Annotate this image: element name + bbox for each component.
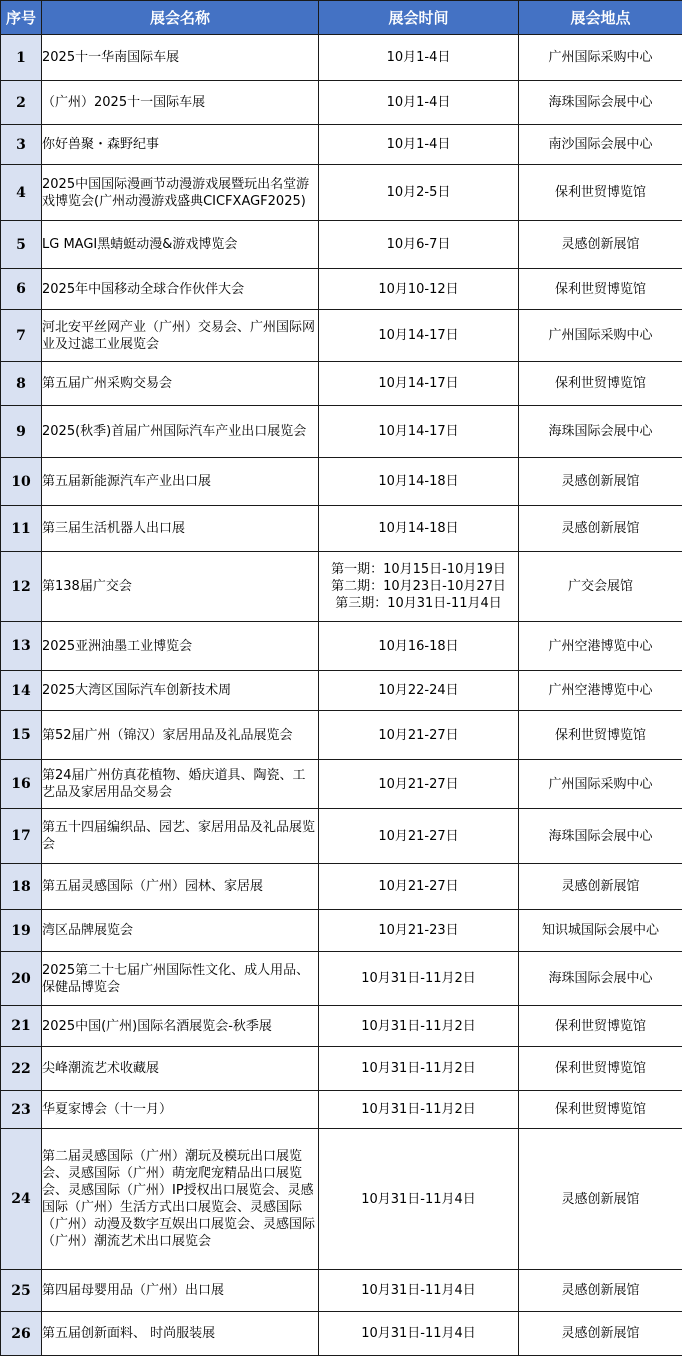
exhibition-name: 你好兽聚・森野纪事 (42, 125, 319, 165)
exhibition-date: 10月21-27日 (319, 760, 519, 809)
exhibition-venue: 海珠国际会展中心 (519, 809, 682, 864)
date-line: 10月6-7日 (319, 236, 518, 253)
date-line: 10月21-27日 (319, 776, 518, 793)
date-line: 第三期：10月31日-11月4日 (319, 595, 518, 612)
date-line: 10月14-17日 (319, 423, 518, 440)
date-line: 10月21-27日 (319, 878, 518, 895)
table-header-row: 序号 展会名称 展会时间 展会地点 (1, 1, 682, 35)
exhibition-venue: 保利世贸博览馆 (519, 1047, 682, 1091)
row-index: 18 (1, 864, 42, 910)
exhibition-date: 10月21-27日 (319, 711, 519, 760)
exhibition-venue: 广州空港博览中心 (519, 622, 682, 671)
exhibition-date: 10月22-24日 (319, 671, 519, 711)
date-line: 10月31日-11月4日 (319, 1282, 518, 1299)
exhibition-name: 第二届灵感国际（广州）潮玩及模玩出口展览会、灵感国际（广州）萌宠爬宠精品出口展览… (42, 1129, 319, 1270)
exhibition-date: 10月16-18日 (319, 622, 519, 671)
date-line: 10月14-17日 (319, 375, 518, 392)
date-line: 10月31日-11月4日 (319, 1191, 518, 1208)
table-row: 62025年中国移动全球合作伙伴大会10月10-12日保利世贸博览馆 (1, 269, 682, 310)
exhibition-venue: 灵感创新展馆 (519, 1312, 682, 1356)
exhibition-venue: 保利世贸博览馆 (519, 165, 682, 221)
row-index: 26 (1, 1312, 42, 1356)
exhibition-venue: 广州国际采购中心 (519, 760, 682, 809)
exhibition-name: 尖峰潮流艺术收藏展 (42, 1047, 319, 1091)
exhibition-venue: 海珠国际会展中心 (519, 406, 682, 458)
header-index: 序号 (1, 1, 42, 35)
exhibition-venue: 广州国际采购中心 (519, 35, 682, 81)
row-index: 19 (1, 910, 42, 952)
exhibition-venue: 保利世贸博览馆 (519, 1006, 682, 1047)
exhibition-date: 10月2-5日 (319, 165, 519, 221)
row-index: 24 (1, 1129, 42, 1270)
table-row: 3你好兽聚・森野纪事10月1-4日南沙国际会展中心 (1, 125, 682, 165)
exhibition-name: 2025(秋季)首届广州国际汽车产业出口展览会 (42, 406, 319, 458)
row-index: 16 (1, 760, 42, 809)
date-line: 第一期：10月15日-10月19日 (319, 561, 518, 578)
table-row: 11第三届生活机器人出口展10月14-18日灵感创新展馆 (1, 506, 682, 552)
exhibition-name: 2025亚洲油墨工业博览会 (42, 622, 319, 671)
exhibition-name: 第五届广州采购交易会 (42, 362, 319, 406)
exhibition-venue: 灵感创新展馆 (519, 1270, 682, 1312)
exhibition-venue: 灵感创新展馆 (519, 506, 682, 552)
exhibition-date: 10月1-4日 (319, 81, 519, 125)
date-line: 10月31日-11月2日 (319, 1101, 518, 1118)
row-index: 6 (1, 269, 42, 310)
date-line: 10月31日-11月2日 (319, 1060, 518, 1077)
exhibition-venue: 灵感创新展馆 (519, 221, 682, 269)
date-line: 10月1-4日 (319, 49, 518, 66)
exhibition-name: 第五届新能源汽车产业出口展 (42, 458, 319, 506)
table-row: 19湾区品牌展览会10月21-23日知识城国际会展中心 (1, 910, 682, 952)
exhibition-name: （广州）2025十一国际车展 (42, 81, 319, 125)
row-index: 25 (1, 1270, 42, 1312)
exhibition-venue: 灵感创新展馆 (519, 1129, 682, 1270)
table-row: 7河北安平丝网产业（广州）交易会、广州国际网业及过滤工业展览会10月14-17日… (1, 310, 682, 362)
exhibition-name: 第52届广州（锦汉）家居用品及礼品展览会 (42, 711, 319, 760)
exhibition-name: 第三届生活机器人出口展 (42, 506, 319, 552)
exhibition-venue: 知识城国际会展中心 (519, 910, 682, 952)
table-row: 16第24届广州仿真花植物、婚庆道具、陶瓷、工艺品及家居用品交易会10月21-2… (1, 760, 682, 809)
date-line: 10月31日-11月4日 (319, 1325, 518, 1342)
date-line: 10月21-23日 (319, 922, 518, 939)
row-index: 22 (1, 1047, 42, 1091)
table-body: 12025十一华南国际车展10月1-4日广州国际采购中心2（广州）2025十一国… (1, 35, 682, 1356)
exhibition-date: 10月21-27日 (319, 864, 519, 910)
exhibition-venue: 南沙国际会展中心 (519, 125, 682, 165)
date-line: 10月31日-11月2日 (319, 970, 518, 987)
table-row: 142025大湾区国际汽车创新技术周10月22-24日广州空港博览中心 (1, 671, 682, 711)
date-line: 10月14-18日 (319, 473, 518, 490)
row-index: 7 (1, 310, 42, 362)
exhibition-date: 10月6-7日 (319, 221, 519, 269)
exhibition-venue: 广交会展馆 (519, 552, 682, 622)
table-row: 42025中国国际漫画节动漫游戏展暨玩出名堂游戏博览会(广州动漫游戏盛典CICF… (1, 165, 682, 221)
exhibition-name: 2025中国国际漫画节动漫游戏展暨玩出名堂游戏博览会(广州动漫游戏盛典CICFX… (42, 165, 319, 221)
exhibition-name: 2025第二十七届广州国际性文化、成人用品、保健品博览会 (42, 952, 319, 1006)
exhibition-date: 10月14-17日 (319, 310, 519, 362)
date-line: 10月21-27日 (319, 828, 518, 845)
exhibition-name: 第五十四届编织品、园艺、家居用品及礼品展览会 (42, 809, 319, 864)
row-index: 9 (1, 406, 42, 458)
date-line: 10月31日-11月2日 (319, 1018, 518, 1035)
exhibition-name: 华夏家博会（十一月） (42, 1091, 319, 1129)
date-line: 10月14-18日 (319, 520, 518, 537)
row-index: 4 (1, 165, 42, 221)
exhibition-name: 河北安平丝网产业（广州）交易会、广州国际网业及过滤工业展览会 (42, 310, 319, 362)
exhibition-name: LG MAGI黑蜻蜓动漫&游戏博览会 (42, 221, 319, 269)
exhibition-date: 10月21-23日 (319, 910, 519, 952)
exhibition-date: 10月31日-11月2日 (319, 1047, 519, 1091)
table-row: 202025第二十七届广州国际性文化、成人用品、保健品博览会10月31日-11月… (1, 952, 682, 1006)
exhibition-date: 10月14-18日 (319, 458, 519, 506)
date-line: 10月1-4日 (319, 136, 518, 153)
table-row: 5LG MAGI黑蜻蜓动漫&游戏博览会10月6-7日灵感创新展馆 (1, 221, 682, 269)
exhibition-venue: 广州空港博览中心 (519, 671, 682, 711)
row-index: 2 (1, 81, 42, 125)
exhibition-schedule-table: 序号 展会名称 展会时间 展会地点 12025十一华南国际车展10月1-4日广州… (0, 0, 682, 1356)
exhibition-name: 湾区品牌展览会 (42, 910, 319, 952)
row-index: 12 (1, 552, 42, 622)
exhibition-name: 第五届创新面料、 时尚服装展 (42, 1312, 319, 1356)
exhibition-date: 10月14-18日 (319, 506, 519, 552)
date-line: 10月14-17日 (319, 327, 518, 344)
table-row: 24第二届灵感国际（广州）潮玩及模玩出口展览会、灵感国际（广州）萌宠爬宠精品出口… (1, 1129, 682, 1270)
row-index: 20 (1, 952, 42, 1006)
date-line: 10月21-27日 (319, 727, 518, 744)
exhibition-name: 2025中国(广州)国际名酒展览会-秋季展 (42, 1006, 319, 1047)
date-line: 10月1-4日 (319, 94, 518, 111)
exhibition-date: 10月31日-11月4日 (319, 1312, 519, 1356)
exhibition-name: 第五届灵感国际（广州）园林、家居展 (42, 864, 319, 910)
exhibition-name: 第四届母婴用品（广州）出口展 (42, 1270, 319, 1312)
table-row: 17第五十四届编织品、园艺、家居用品及礼品展览会10月21-27日海珠国际会展中… (1, 809, 682, 864)
table-row: 8第五届广州采购交易会10月14-17日保利世贸博览馆 (1, 362, 682, 406)
exhibition-venue: 保利世贸博览馆 (519, 269, 682, 310)
table-row: 15第52届广州（锦汉）家居用品及礼品展览会10月21-27日保利世贸博览馆 (1, 711, 682, 760)
table-row: 18第五届灵感国际（广州）园林、家居展10月21-27日灵感创新展馆 (1, 864, 682, 910)
table-row: 25第四届母婴用品（广州）出口展10月31日-11月4日灵感创新展馆 (1, 1270, 682, 1312)
row-index: 17 (1, 809, 42, 864)
row-index: 11 (1, 506, 42, 552)
row-index: 8 (1, 362, 42, 406)
table-row: 12025十一华南国际车展10月1-4日广州国际采购中心 (1, 35, 682, 81)
table-row: 12第138届广交会第一期：10月15日-10月19日第二期：10月23日-10… (1, 552, 682, 622)
exhibition-venue: 海珠国际会展中心 (519, 952, 682, 1006)
exhibition-name: 2025大湾区国际汽车创新技术周 (42, 671, 319, 711)
exhibition-name: 第138届广交会 (42, 552, 319, 622)
date-line: 10月16-18日 (319, 638, 518, 655)
exhibition-date: 10月14-17日 (319, 362, 519, 406)
table-row: 2（广州）2025十一国际车展10月1-4日海珠国际会展中心 (1, 81, 682, 125)
row-index: 1 (1, 35, 42, 81)
exhibition-date: 10月21-27日 (319, 809, 519, 864)
table-row: 10第五届新能源汽车产业出口展10月14-18日灵感创新展馆 (1, 458, 682, 506)
exhibition-date: 第一期：10月15日-10月19日第二期：10月23日-10月27日第三期：10… (319, 552, 519, 622)
row-index: 15 (1, 711, 42, 760)
exhibition-venue: 广州国际采购中心 (519, 310, 682, 362)
exhibition-name: 2025年中国移动全球合作伙伴大会 (42, 269, 319, 310)
exhibition-date: 10月10-12日 (319, 269, 519, 310)
exhibition-date: 10月31日-11月2日 (319, 1006, 519, 1047)
exhibition-date: 10月1-4日 (319, 125, 519, 165)
row-index: 3 (1, 125, 42, 165)
exhibition-name: 2025十一华南国际车展 (42, 35, 319, 81)
exhibition-venue: 灵感创新展馆 (519, 458, 682, 506)
header-venue: 展会地点 (519, 1, 682, 35)
row-index: 5 (1, 221, 42, 269)
header-name: 展会名称 (42, 1, 319, 35)
table-row: 132025亚洲油墨工业博览会10月16-18日广州空港博览中心 (1, 622, 682, 671)
header-date: 展会时间 (319, 1, 519, 35)
exhibition-date: 10月14-17日 (319, 406, 519, 458)
exhibition-venue: 保利世贸博览馆 (519, 1091, 682, 1129)
exhibition-venue: 灵感创新展馆 (519, 864, 682, 910)
date-line: 第二期：10月23日-10月27日 (319, 578, 518, 595)
exhibition-date: 10月31日-11月2日 (319, 952, 519, 1006)
row-index: 14 (1, 671, 42, 711)
row-index: 13 (1, 622, 42, 671)
exhibition-date: 10月31日-11月4日 (319, 1129, 519, 1270)
exhibition-venue: 保利世贸博览馆 (519, 711, 682, 760)
table-row: 92025(秋季)首届广州国际汽车产业出口展览会10月14-17日海珠国际会展中… (1, 406, 682, 458)
exhibition-date: 10月31日-11月2日 (319, 1091, 519, 1129)
row-index: 23 (1, 1091, 42, 1129)
date-line: 10月22-24日 (319, 682, 518, 699)
date-line: 10月2-5日 (319, 184, 518, 201)
row-index: 21 (1, 1006, 42, 1047)
table-row: 26第五届创新面料、 时尚服装展10月31日-11月4日灵感创新展馆 (1, 1312, 682, 1356)
exhibition-venue: 海珠国际会展中心 (519, 81, 682, 125)
exhibition-name: 第24届广州仿真花植物、婚庆道具、陶瓷、工艺品及家居用品交易会 (42, 760, 319, 809)
table-row: 212025中国(广州)国际名酒展览会-秋季展10月31日-11月2日保利世贸博… (1, 1006, 682, 1047)
date-line: 10月10-12日 (319, 281, 518, 298)
exhibition-date: 10月1-4日 (319, 35, 519, 81)
table-row: 23华夏家博会（十一月）10月31日-11月2日保利世贸博览馆 (1, 1091, 682, 1129)
row-index: 10 (1, 458, 42, 506)
exhibition-venue: 保利世贸博览馆 (519, 362, 682, 406)
table-row: 22尖峰潮流艺术收藏展10月31日-11月2日保利世贸博览馆 (1, 1047, 682, 1091)
exhibition-date: 10月31日-11月4日 (319, 1270, 519, 1312)
